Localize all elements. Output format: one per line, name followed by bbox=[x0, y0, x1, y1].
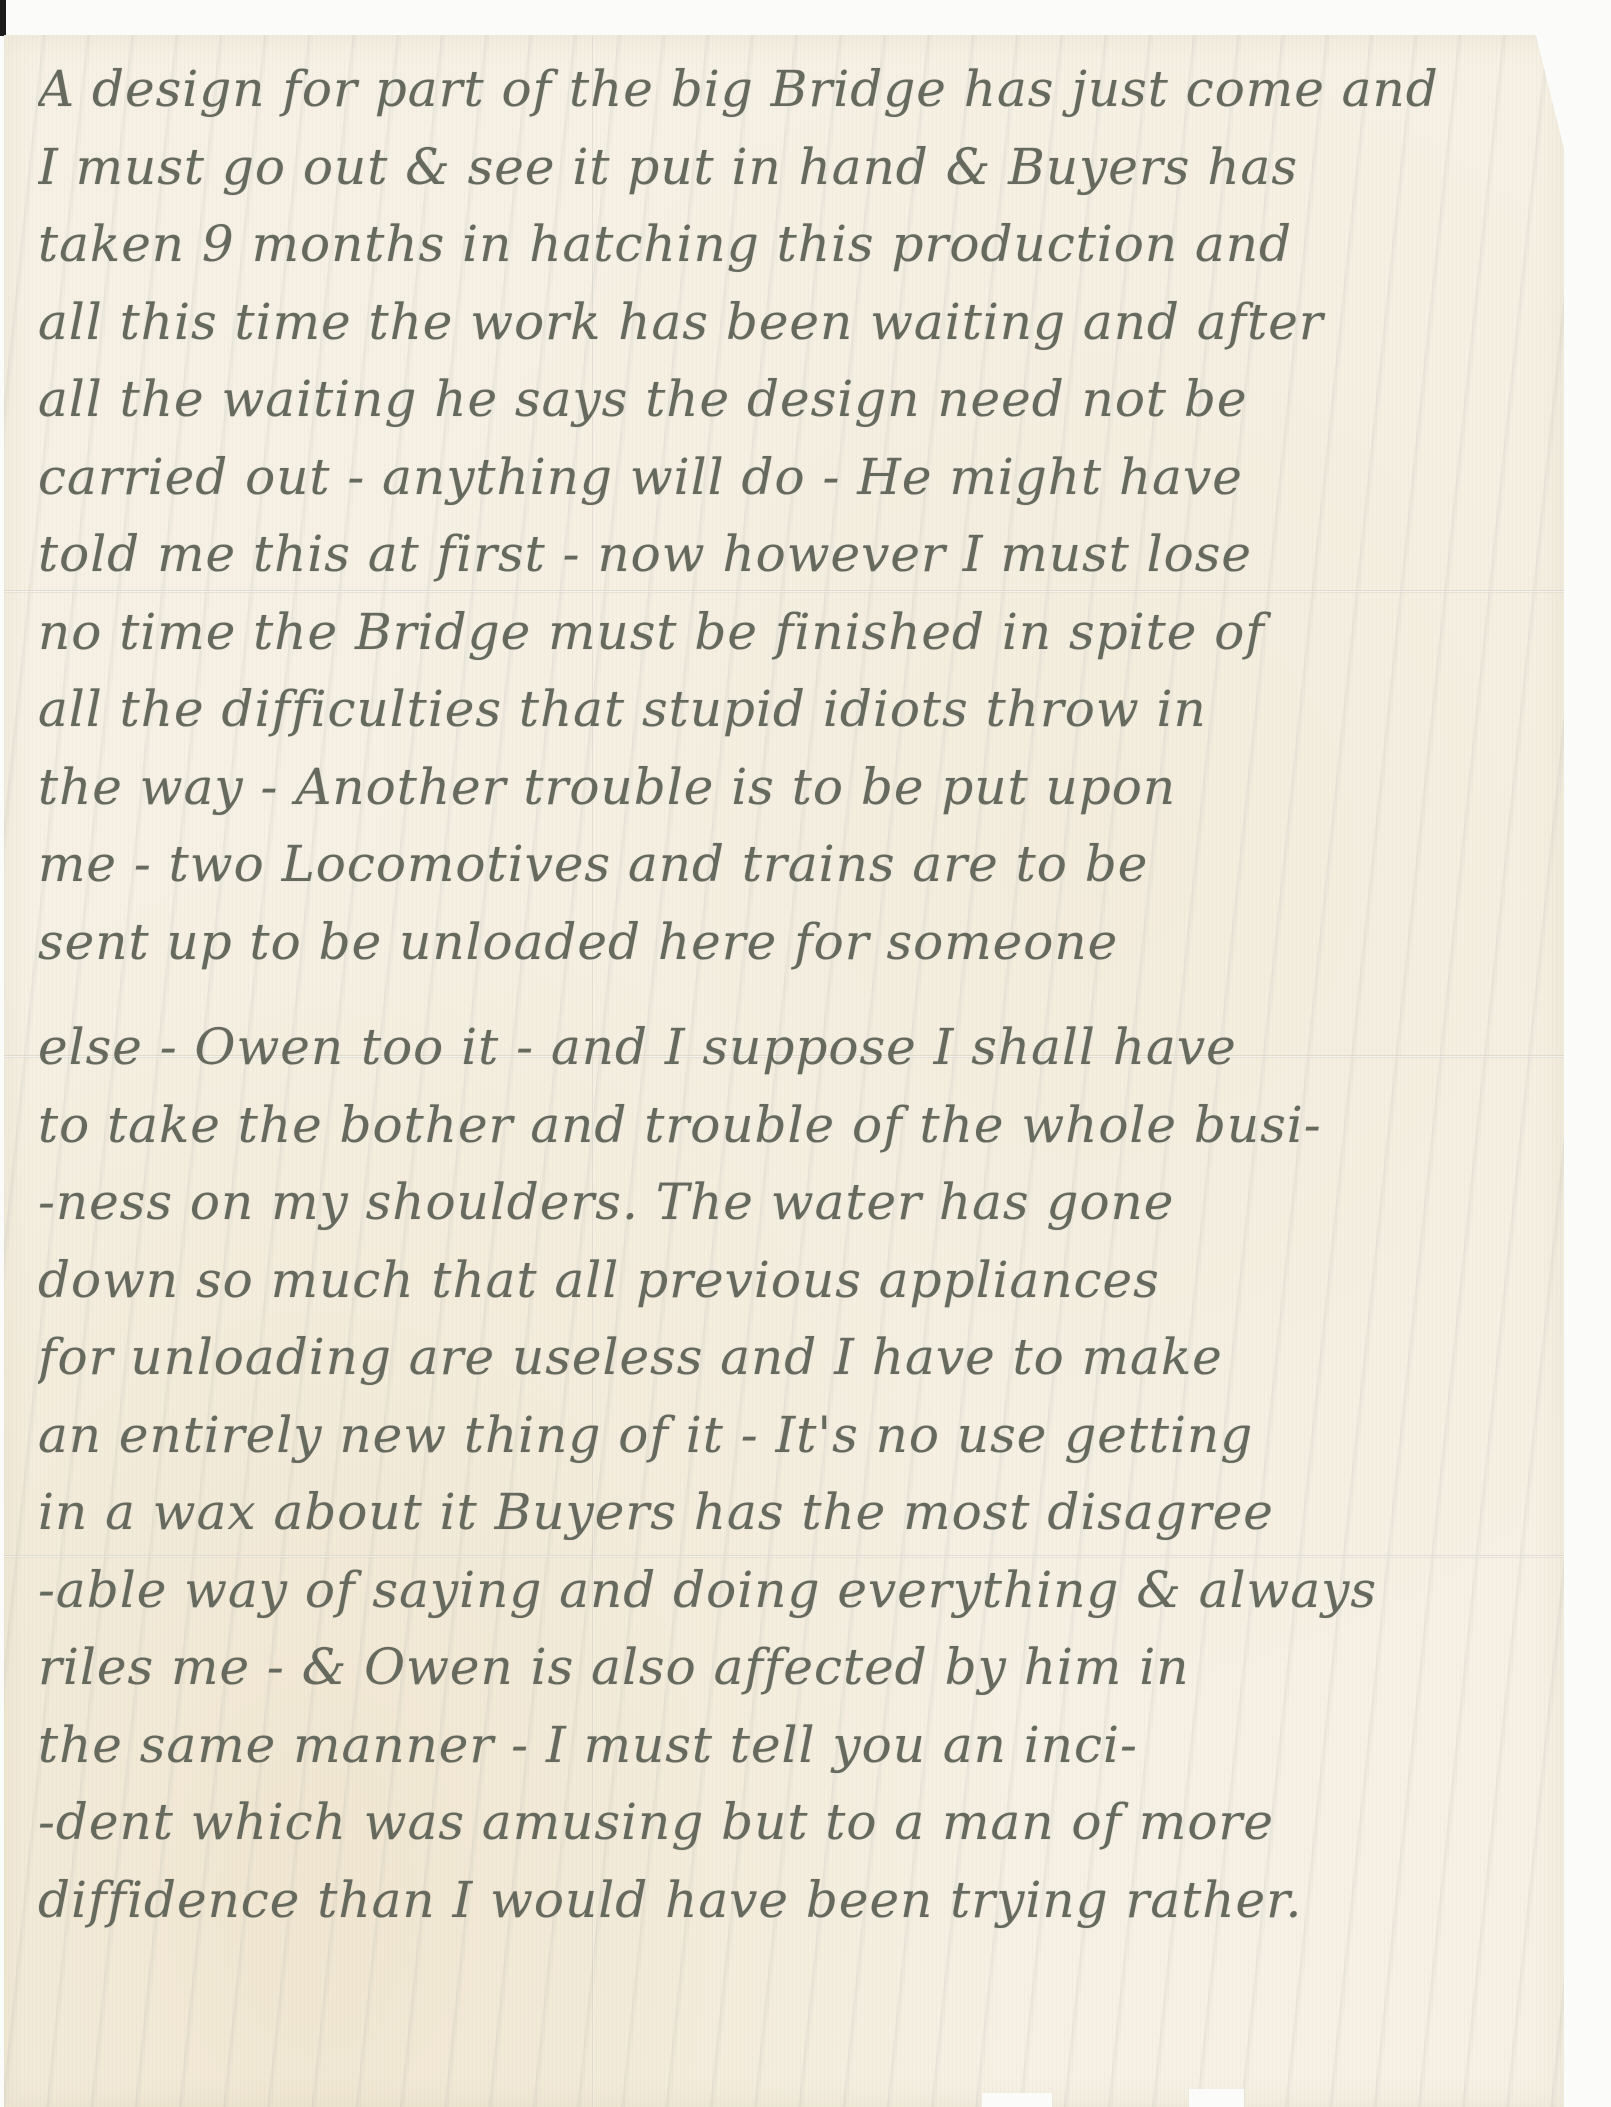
text-line: an entirely new thing of it - It's no us… bbox=[38, 1397, 1538, 1475]
text-line: to take the bother and trouble of the wh… bbox=[38, 1087, 1538, 1165]
text-line: A design for part of the big Bridge has … bbox=[38, 51, 1538, 129]
text-line: in a wax about it Buyers has the most di… bbox=[38, 1474, 1538, 1552]
text-line: the same manner - I must tell you an inc… bbox=[38, 1707, 1538, 1785]
text-line: all the difficulties that stupid idiots … bbox=[38, 671, 1538, 749]
text-line: riles me - & Owen is also affected by hi… bbox=[38, 1629, 1538, 1707]
torn-edge bbox=[982, 2093, 1052, 2107]
text-line: no time the Bridge must be finished in s… bbox=[38, 594, 1538, 672]
text-line: all the waiting he says the design need … bbox=[38, 361, 1538, 439]
text-line: me - two Locomotives and trains are to b… bbox=[38, 826, 1538, 904]
text-line: sent up to be unloaded here for someone bbox=[38, 904, 1538, 982]
text-line: -ness on my shoulders. The water has gon… bbox=[38, 1164, 1538, 1242]
torn-edge bbox=[1189, 2089, 1244, 2107]
text-line: -able way of saying and doing everything… bbox=[38, 1552, 1538, 1630]
text-line: told me this at first - now however I mu… bbox=[38, 516, 1538, 594]
text-line: the way - Another trouble is to be put u… bbox=[38, 749, 1538, 827]
text-line: else - Owen too it - and I suppose I sha… bbox=[38, 1009, 1538, 1087]
text-line: taken 9 months in hatching this producti… bbox=[38, 206, 1538, 284]
text-line: for unloading are useless and I have to … bbox=[38, 1319, 1538, 1397]
text-line: -dent which was amusing but to a man of … bbox=[38, 1784, 1538, 1862]
letter-page: A design for part of the big Bridge has … bbox=[4, 35, 1564, 2107]
handwritten-text: A design for part of the big Bridge has … bbox=[38, 51, 1538, 1939]
scan-edge bbox=[0, 0, 6, 36]
text-line: carried out - anything will do - He migh… bbox=[38, 439, 1538, 517]
text-line: all this time the work has been waiting … bbox=[38, 284, 1538, 362]
text-line: diffidence than I would have been trying… bbox=[38, 1862, 1538, 1940]
text-line: I must go out & see it put in hand & Buy… bbox=[38, 129, 1538, 207]
text-line: down so much that all previous appliance… bbox=[38, 1242, 1538, 1320]
